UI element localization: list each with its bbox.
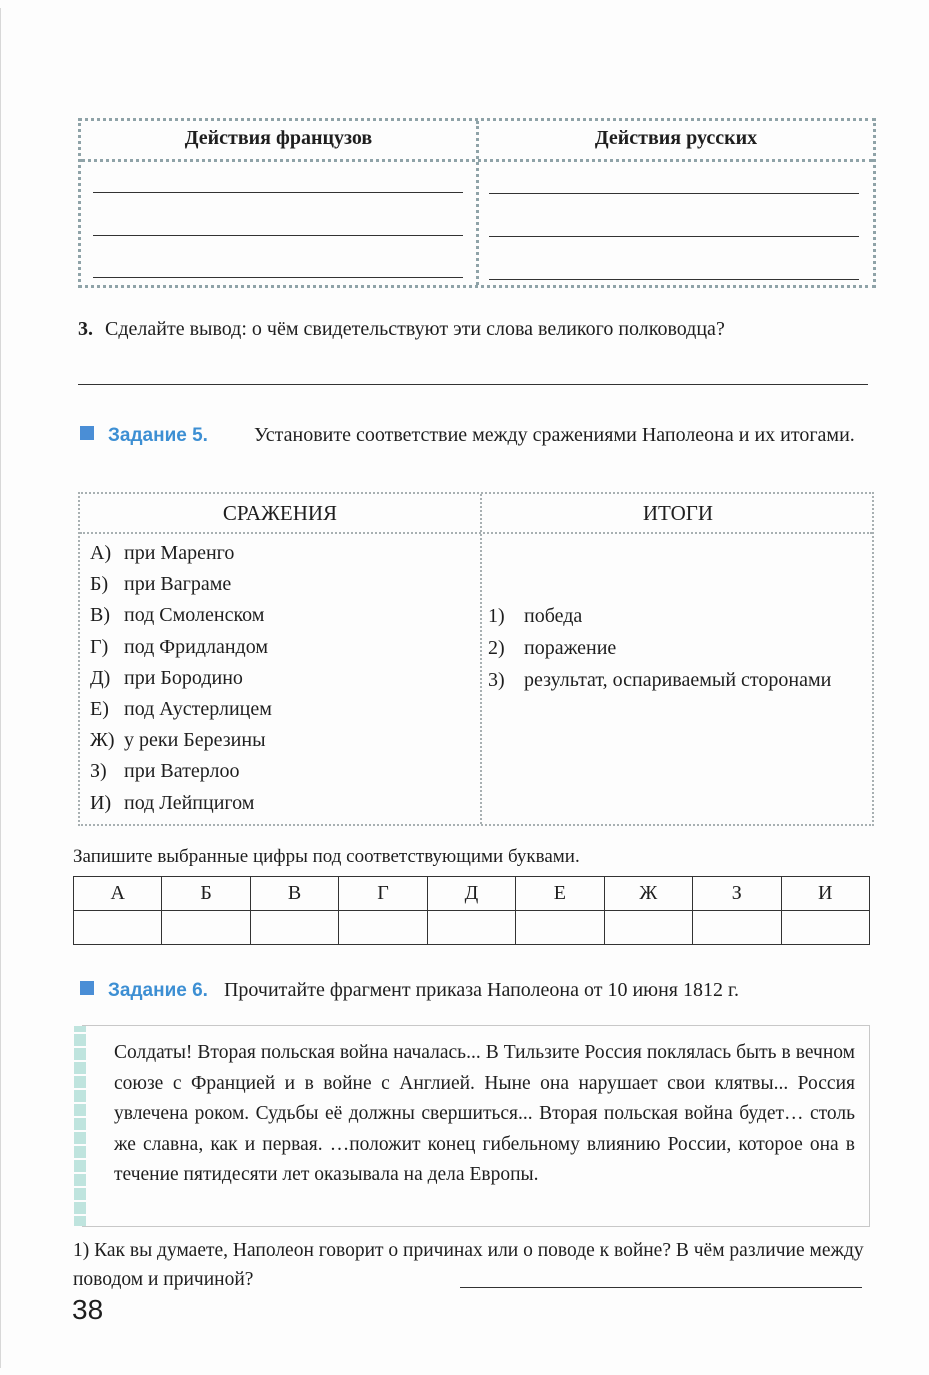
battle-list: А)при Маренго Б)при Ваграме В)под Смолен… [90,538,272,819]
answer-grid-cell[interactable] [250,911,338,945]
header-divider [80,532,872,534]
battle-item: В)под Смоленском [90,600,272,631]
answer-grid-cell[interactable] [74,911,162,945]
header-results: ИТОГИ [482,501,874,526]
battle-item: Е)под Аустерлицем [90,694,272,725]
answer-grid-letter: И [781,877,870,911]
battle-item: Б)при Ваграме [90,569,272,600]
answer-grid-letter: В [250,877,338,911]
answer-grid-letter: Б [162,877,250,911]
answer-grid-cell[interactable] [516,911,604,945]
header-french-actions: Действия французов [81,127,476,150]
task-5-text: Установите соответствие между сражениями… [254,420,875,451]
answer-line-french-1[interactable] [93,192,463,193]
answer-grid-letter: Е [516,877,604,911]
task-5-heading: Задание 5. Установите соответствие между… [80,420,875,451]
result-item: 3)результат, оспариваемый сторонами [488,664,873,696]
answer-line-russian-3[interactable] [489,279,859,280]
answer-grid-letters-row: АБВГДЕЖЗИ [74,877,870,911]
task-6-question-1: 1) Как вы думаете, Наполеон говорит о пр… [73,1236,871,1294]
question-3-answer-line[interactable] [78,384,868,385]
quote-box: Солдаты! Вторая польская война началась.… [82,1025,870,1227]
answer-grid-cell[interactable] [162,911,250,945]
result-item: 2)поражение [488,632,873,664]
battle-item: И)под Лейпцигом [90,788,272,819]
matching-table: СРАЖЕНИЯ ИТОГИ А)при Маренго Б)при Вагра… [78,492,874,826]
answer-grid: АБВГДЕЖЗИ [73,876,870,945]
task-6-text: Прочитайте фрагмент приказа Наполеона от… [224,979,739,1001]
answer-grid-cell[interactable] [339,911,427,945]
battle-item: Г)под Фридландом [90,632,272,663]
quote-stripe-decoration [74,1026,86,1226]
task-marker-icon [80,981,94,995]
answer-grid-letter: Д [427,877,515,911]
question-number: 3. [78,318,93,340]
answer-instruction: Запишите выбранные цифры под соответству… [73,846,580,868]
battle-item: З)при Ватерлоо [90,756,272,787]
result-list: 1)победа 2)поражение 3)результат, оспари… [488,600,873,696]
answer-line-russian-1[interactable] [489,193,859,194]
page-edge [0,8,4,1368]
answer-grid-letter: Г [339,877,427,911]
answer-line-french-3[interactable] [93,277,463,278]
answer-grid-letter: А [74,877,162,911]
actions-table: Действия французов Действия русских [78,118,876,288]
quote-text: Солдаты! Вторая польская война началась.… [114,1038,855,1191]
page-number: 38 [72,1294,103,1326]
header-russian-actions: Действия русских [479,127,873,150]
answer-grid-values-row [74,911,870,945]
answer-grid-cell[interactable] [781,911,870,945]
answer-line-russian-2[interactable] [489,236,859,237]
answer-grid-letter: Ж [604,877,692,911]
task-6-answer-line[interactable] [460,1287,862,1288]
result-item: 1)победа [488,600,873,632]
question-3: 3.Сделайте вывод: о чём свидетельствуют … [78,318,725,341]
task-marker-icon [80,426,94,440]
task-6-heading: Задание 6.Прочитайте фрагмент приказа На… [80,975,739,1006]
answer-grid-cell[interactable] [693,911,781,945]
battle-item: Ж)у реки Березины [90,725,272,756]
question-text: Сделайте вывод: о чём свидетельствуют эт… [105,318,725,340]
battle-item: А)при Маренго [90,538,272,569]
answer-grid-letter: З [693,877,781,911]
answer-grid-cell[interactable] [604,911,692,945]
column-divider [480,494,482,824]
task-5-label: Задание 5. [108,425,208,446]
answer-line-french-2[interactable] [93,235,463,236]
header-battles: СРАЖЕНИЯ [80,501,480,526]
battle-item: Д)при Бородино [90,663,272,694]
answer-grid-cell[interactable] [427,911,515,945]
task-6-label: Задание 6. [108,980,208,1001]
header-divider [81,159,873,162]
